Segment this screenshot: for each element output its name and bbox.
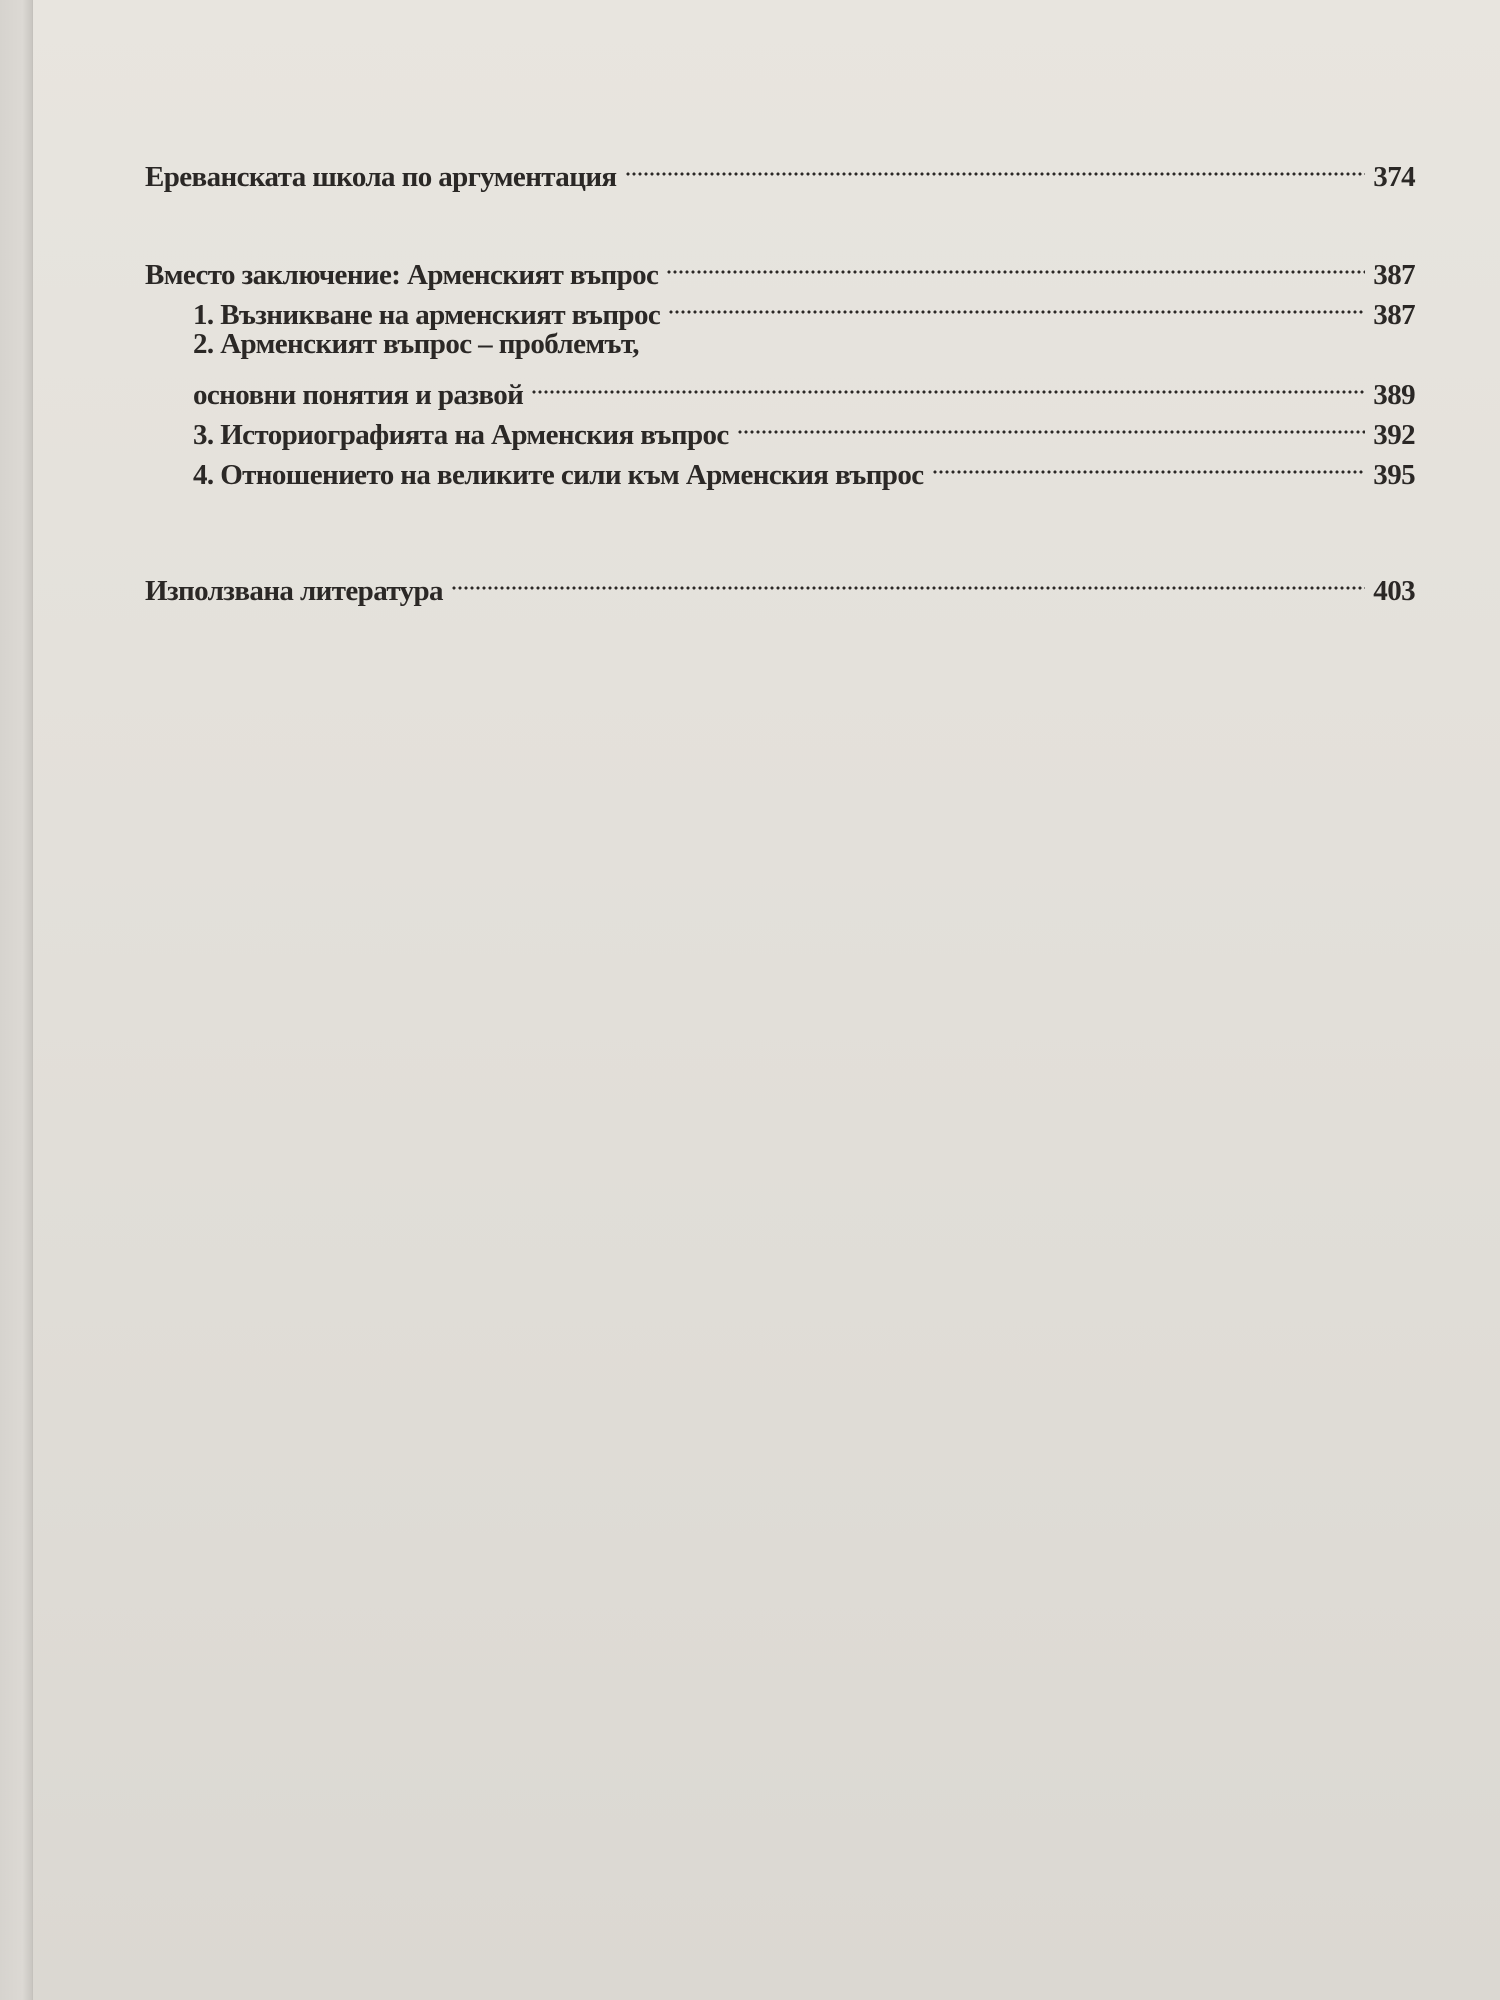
toc-entry-title: Ереванската школа по аргументация [145, 157, 617, 197]
toc-entry-title: основни понятия и развой [193, 375, 523, 415]
toc-entry-title: Вместо заключение: Арменският въпрос [145, 255, 658, 295]
toc-entry-page: 392 [1373, 415, 1415, 455]
dot-leader [668, 284, 1365, 324]
dot-leader [451, 560, 1365, 600]
toc-entry-title: 3. Историографията на Арменския въпрос [193, 415, 729, 455]
toc-entry-title-line1: 2. Арменският въпрос – проблемът, [193, 324, 639, 364]
toc-entry-page: 387 [1373, 295, 1415, 335]
toc-entry-page: 395 [1373, 455, 1415, 495]
dot-leader [932, 444, 1366, 484]
toc-entry[interactable]: Ереванската школа по аргументация 374 [145, 146, 1415, 186]
toc-entry-page: 389 [1373, 375, 1415, 415]
toc-entry-page: 374 [1373, 157, 1415, 197]
toc-entry-title: Използвана литература [145, 571, 443, 611]
dot-leader [737, 404, 1366, 444]
toc-entry[interactable]: Използвана литература 403 [145, 560, 1415, 600]
toc-entry-page: 403 [1373, 571, 1415, 611]
page-fold-edge [0, 0, 33, 2000]
dot-leader [666, 244, 1365, 284]
table-of-contents: Ереванската школа по аргументация 374 Вм… [145, 146, 1415, 600]
toc-subentry-line1[interactable]: 2. Арменският въпрос – проблемът, [145, 324, 1415, 364]
toc-entry-title: 4. Отношението на великите сили към Арме… [193, 455, 924, 495]
toc-entry-page: 387 [1373, 255, 1415, 295]
toc-subentry[interactable]: основни понятия и развой 389 [145, 364, 1415, 404]
dot-leader [625, 146, 1366, 186]
dot-leader [531, 364, 1365, 404]
toc-entry[interactable]: Вместо заключение: Арменският въпрос 387 [145, 244, 1415, 284]
